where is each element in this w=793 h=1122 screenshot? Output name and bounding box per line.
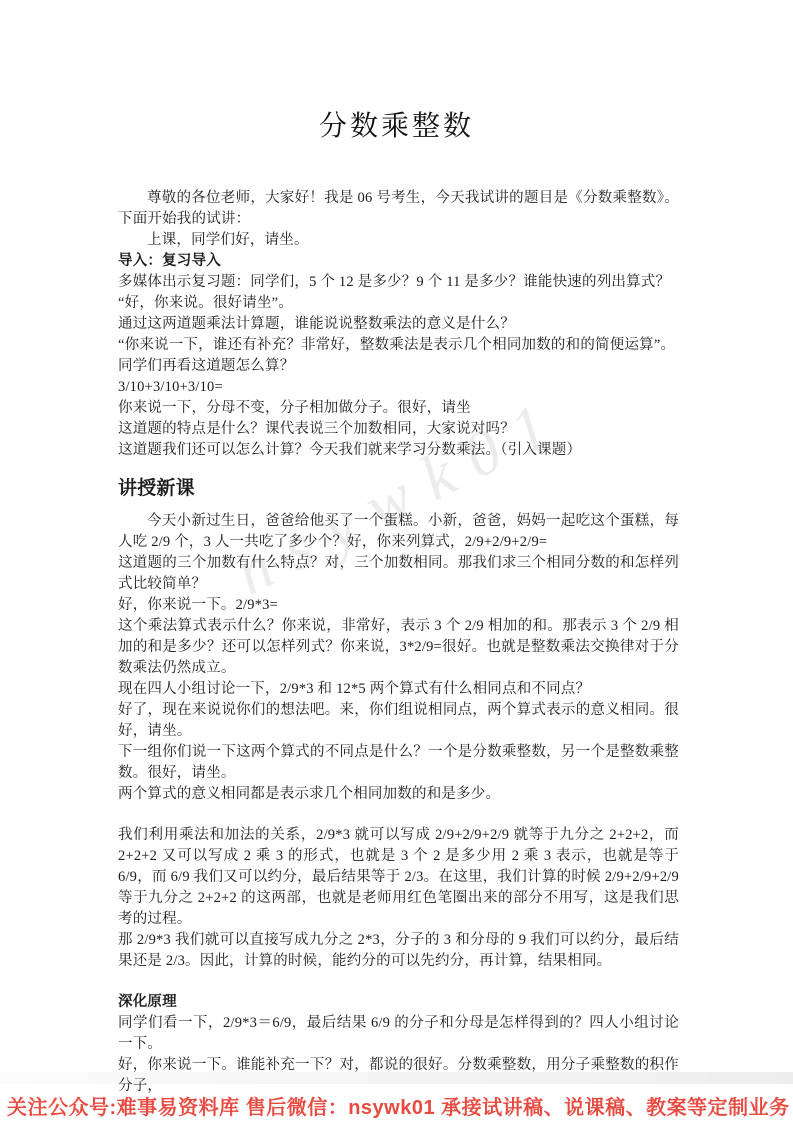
paragraph: 同学们看一下，2/9*3＝6/9，最后结果 6/9 的分子和分母是怎样得到的？四… <box>118 1013 679 1055</box>
paragraph: 那 2/9*3 我们就可以直接写成九分之 2*3，分子的 3 和分母的 9 我们… <box>118 930 679 972</box>
paragraph: 下一组你们说一下这两个算式的不同点是什么？一个是分数乘整数，另一个是整数乘整数。… <box>118 742 679 784</box>
paragraph: 3/10+3/10+3/10= <box>118 377 679 398</box>
page-title: 分数乘整数 <box>0 104 793 144</box>
paragraph: “好，你来说。很好请坐”。 <box>118 293 679 314</box>
paragraph: 好，你来说一下。2/9*3= <box>118 595 679 616</box>
paragraph: 好了，现在来说说你们的想法吧。来，你们组说相同点，两个算式表示的意义相同。很好，… <box>118 700 679 742</box>
paragraph: 我们利用乘法和加法的关系，2/9*3 就可以写成 2/9+2/9+2/9 就等于… <box>118 825 679 930</box>
section-heading: 深化原理 <box>118 992 679 1013</box>
document-page: 分数乘整数 nsywk01 尊敬的各位老师，大家好！我是 06 号考生，今天我试… <box>0 0 793 1122</box>
paragraph: 通过这两道题乘法计算题，谁能说说整数乘法的意义是什么？ <box>118 314 679 335</box>
section-heading: 导入：复习导入 <box>118 251 679 272</box>
paragraph: 同学们再看这道题怎么算？ <box>118 356 679 377</box>
promo-footer-text: 关注公众号:难事易资料库 售后微信：nsywk01 承接试讲稿、说课稿、教案等定… <box>7 1095 789 1121</box>
paragraph: 你来说一下，分母不变，分子相加做分子。很好，请坐 <box>118 398 679 419</box>
document-body: 尊敬的各位老师，大家好！我是 06 号考生，今天我试讲的题目是《分数乘整数》。下… <box>0 188 793 1097</box>
paragraph: 这道题的特点是什么？课代表说三个加数相同，大家说对吗？ <box>118 419 679 440</box>
paragraph: 好，你来说一下。谁能补充一下？对，都说的很好。分数乘整数，用分子乘整数的积作分子… <box>118 1055 679 1097</box>
paragraph: 现在四人小组讨论一下，2/9*3 和 12*5 两个算式有什么相同点和不同点？ <box>118 679 679 700</box>
paragraph: 这道题我们还可以怎么计算？今天我们就来学习分数乘法。（引入课题） <box>118 440 679 461</box>
paragraph: 这个乘法算式表示什么？你来说，非常好，表示 3 个 2/9 相加的和。那表示 3… <box>118 616 679 679</box>
paragraph: 两个算式的意义相同都是表示求几个相同加数的和是多少。 <box>118 784 679 805</box>
paragraph: 多媒体出示复习题：同学们，5 个 12 是多少？9 个 11 是多少？谁能快速的… <box>118 272 679 293</box>
paragraph: 这道题的三个加数有什么特点？对，三个加数相同。那我们求三个相同分数的和怎样列式比… <box>118 553 679 595</box>
section-heading: 讲授新课 <box>118 477 679 501</box>
paragraph: 今天小新过生日，爸爸给他买了一个蛋糕。小新，爸爸，妈妈一起吃这个蛋糕，每人吃 2… <box>118 511 679 553</box>
paragraph: 上课，同学们好，请坐。 <box>118 230 679 251</box>
paragraph: “你来说一下，谁还有补充？非常好，整数乘法是表示几个相同加数的和的简便运算”。 <box>118 335 679 356</box>
paragraph: 尊敬的各位老师，大家好！我是 06 号考生，今天我试讲的题目是《分数乘整数》。下… <box>118 188 679 230</box>
